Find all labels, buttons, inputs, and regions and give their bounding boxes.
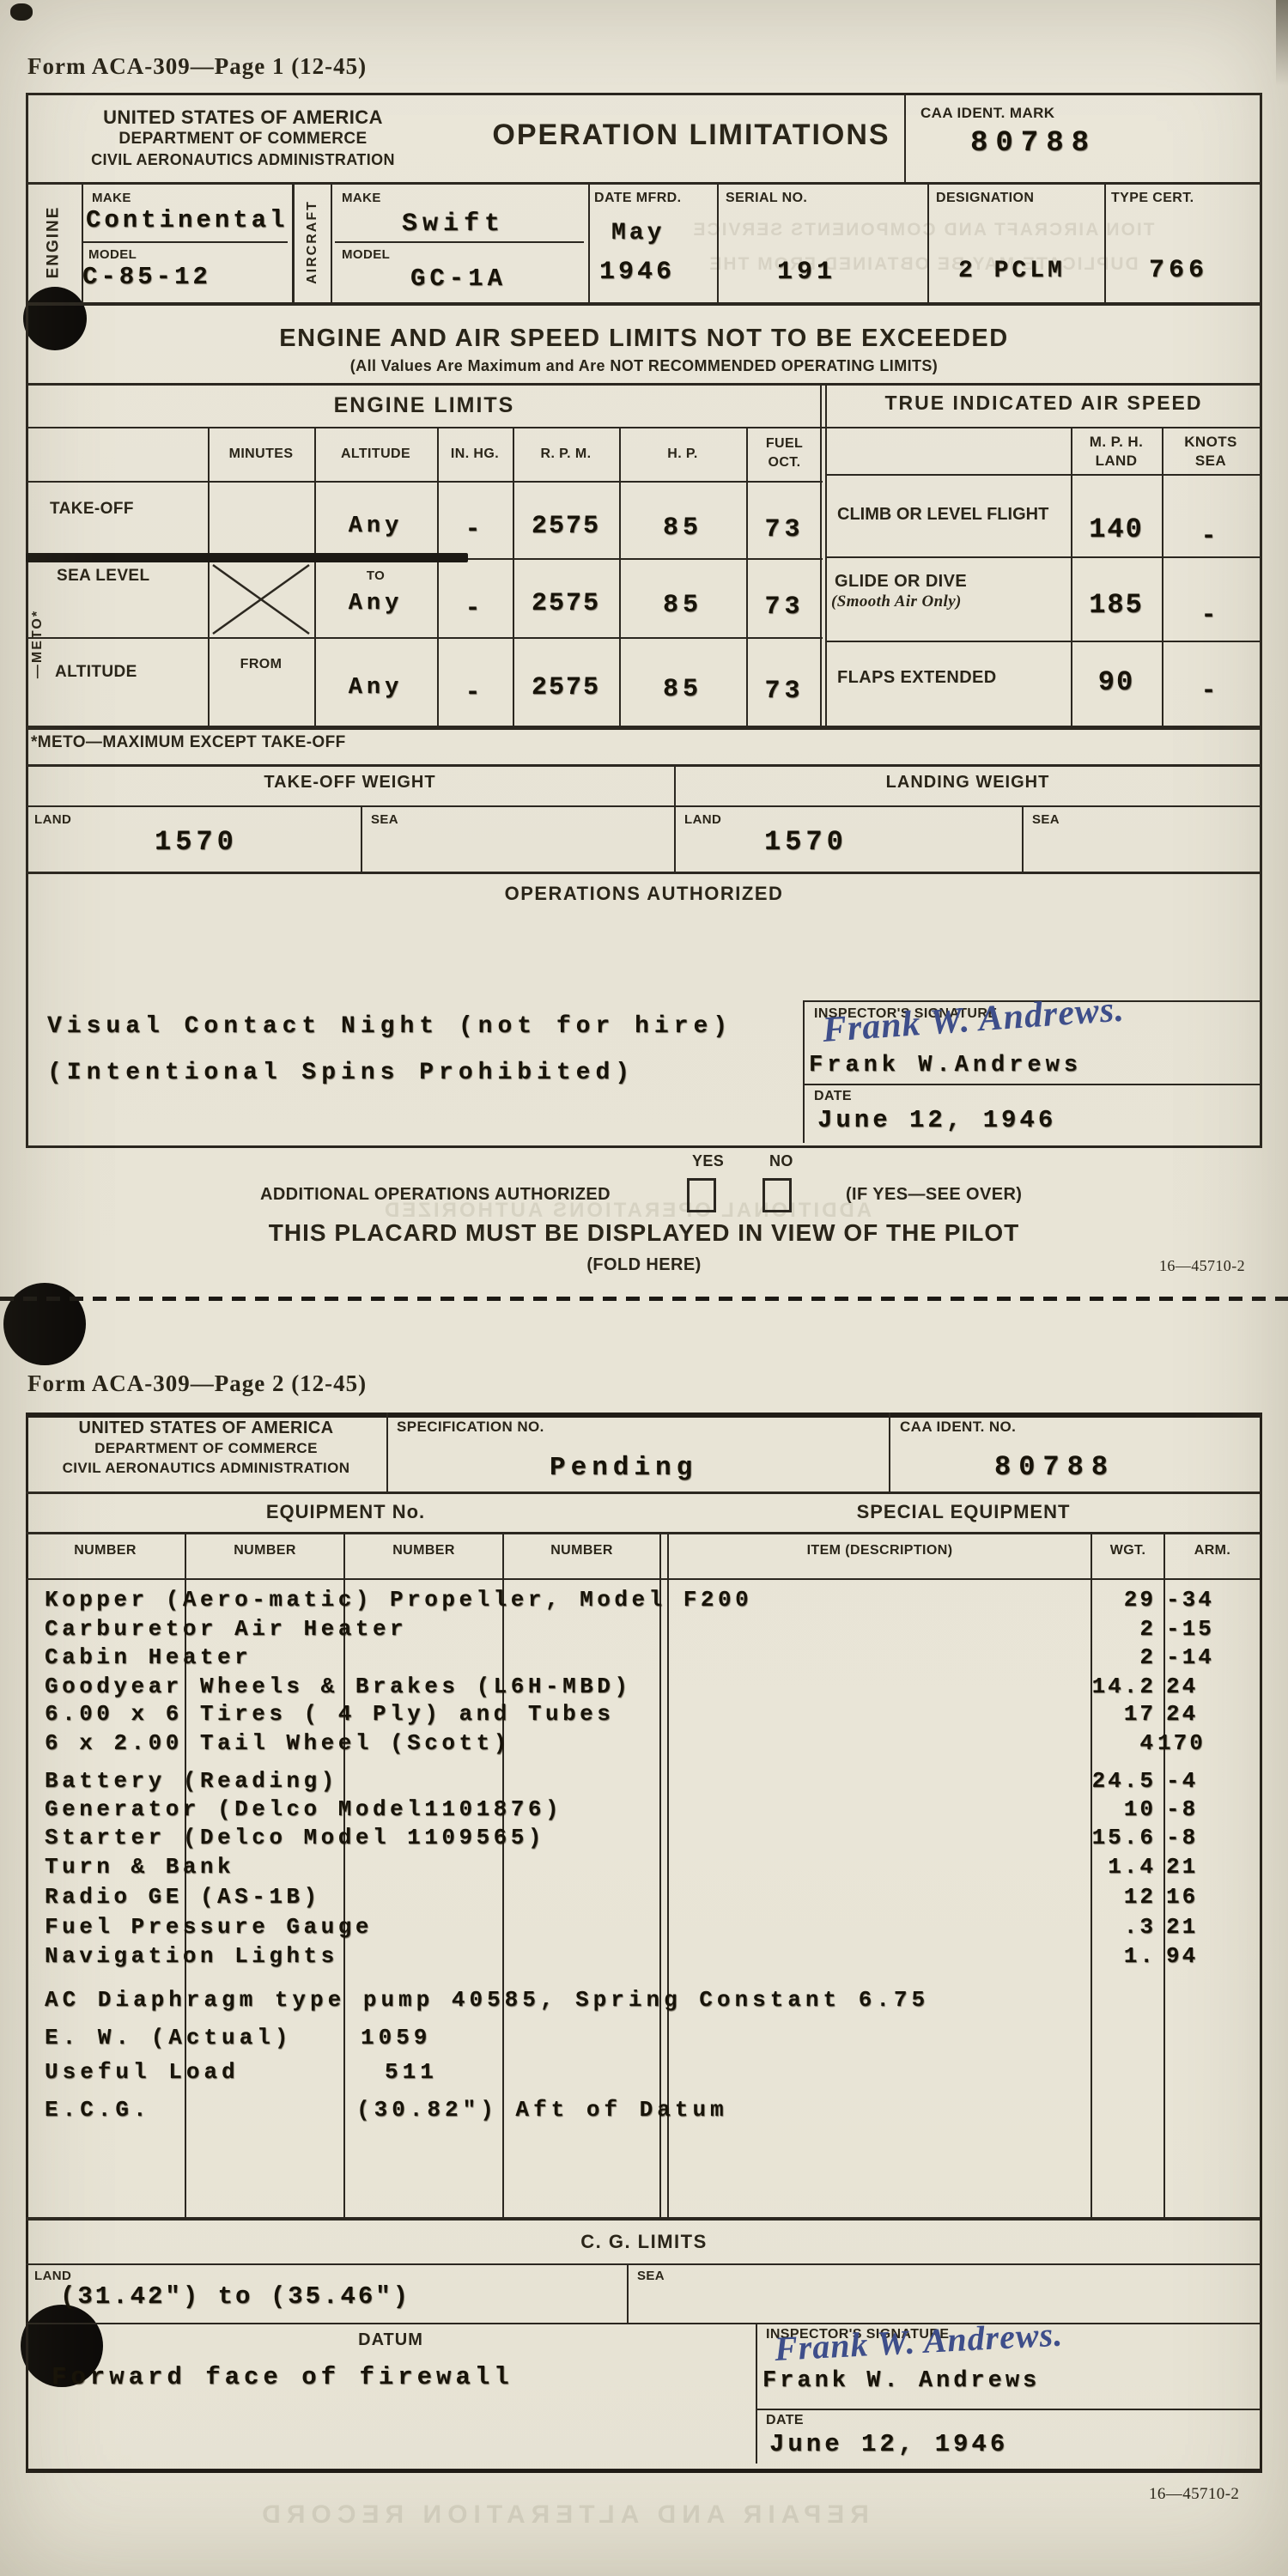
col-oct: OCT. [746, 455, 823, 471]
divider-line [26, 872, 1260, 874]
divider-line [26, 637, 823, 639]
equipment-arm: 21 [1166, 1854, 1198, 1880]
air-speed-header: TRUE INDICATED AIR SPEED [827, 392, 1261, 415]
takeoff-sea-label: SEA [371, 812, 398, 827]
divider-line [717, 182, 719, 302]
col-mph-line1: M. P. H. [1071, 434, 1162, 451]
col-in-hg: IN. HG. [437, 447, 513, 462]
meto-side-label: —METO* [30, 562, 51, 726]
print-code: 16—45710-2 [1149, 2485, 1239, 2504]
equipment-arm: 94 [1166, 1943, 1198, 1969]
aircraft-make-value: Swift [402, 210, 505, 239]
divider-line [827, 641, 1260, 642]
date-value: June 12, 1946 [817, 1106, 1056, 1134]
specification-no-value: Pending [550, 1453, 697, 1483]
inspector-typed-name: Frank W.Andrews [809, 1053, 1082, 1078]
climb-mph: 140 [1071, 513, 1162, 545]
agency-department: DEPARTMENT OF COMMERCE [34, 1440, 378, 1457]
note-line: AC Diaphragm type pump 40585, Spring Con… [45, 1987, 929, 2013]
col-rpm: R. P. M. [513, 447, 619, 462]
caa-ident-mark-label: CAA IDENT. MARK [920, 105, 1054, 122]
altitude-altitude: Any [314, 675, 437, 701]
takeoff-altitude: Any [314, 513, 437, 539]
divider-line [335, 241, 584, 243]
agency-name: UNITED STATES OF AMERICA [34, 1419, 378, 1438]
limits-title: ENGINE AND AIR SPEED LIMITS NOT TO BE EX… [26, 325, 1262, 353]
agency-name: UNITED STATES OF AMERICA [41, 106, 445, 129]
date-mfrd-year: 1946 [599, 258, 675, 287]
divider-line [927, 182, 929, 302]
designation-label: DESIGNATION [936, 191, 1034, 206]
flaps-knots: - [1162, 677, 1260, 706]
caa-ident-no-value: 80788 [994, 1451, 1115, 1483]
bleedthrough-text: REPAIR AND ALTERATION RECORD [155, 2500, 970, 2530]
divider-line [26, 1532, 1260, 1534]
row-takeoff-label: TAKE-OFF [50, 500, 134, 519]
designation-value: 2 PCLM [958, 258, 1066, 284]
arm-col-label: ARM. [1165, 1543, 1260, 1558]
equipment-item: Generator (Delco Model1101876) [45, 1796, 562, 1822]
equipment-arm: -8 [1166, 1796, 1198, 1822]
divider-line [756, 2323, 757, 2464]
divider-line [803, 1084, 1260, 1085]
equipment-wgt: 2 [987, 1644, 1156, 1670]
row-sea-level-label: SEA LEVEL [57, 567, 149, 586]
glide-label: GLIDE OR DIVE [835, 572, 967, 592]
item-col-label: ITEM (DESCRIPTION) [669, 1543, 1091, 1558]
scan-artifact [10, 3, 33, 21]
divider-line [26, 1492, 1260, 1494]
landing-weight-header: LANDING WEIGHT [676, 773, 1260, 793]
equipment-wgt: 10 [987, 1796, 1156, 1822]
note-value: 1059 [361, 2025, 431, 2050]
cg-land-label: LAND [34, 2269, 71, 2283]
no-label: NO [769, 1152, 793, 1170]
col-altitude: ALTITUDE [314, 447, 437, 462]
number-col-4: NUMBER [504, 1543, 659, 1558]
number-col-3: NUMBER [345, 1543, 502, 1558]
equipment-wgt: 4 [987, 1730, 1156, 1756]
datum-header: DATUM [26, 2330, 756, 2350]
date-mfrd-label: DATE MFRD. [594, 191, 681, 206]
divider-line [26, 764, 1260, 767]
col-hp: H. P. [619, 447, 746, 462]
landing-land-label: LAND [684, 812, 721, 827]
equipment-item: Turn & Bank [45, 1854, 234, 1880]
equipment-arm: 24 [1166, 1701, 1198, 1727]
col-minutes: MINUTES [208, 447, 314, 462]
equipment-item: Navigation Lights [45, 1943, 338, 1969]
number-col-1: NUMBER [26, 1543, 185, 1558]
divider-line [904, 93, 906, 182]
caa-ident-no-label: CAA IDENT. NO. [900, 1419, 1016, 1436]
takeoff-in-hg: - [437, 515, 513, 544]
equipment-wgt: 29 [987, 1587, 1156, 1613]
divider-line [26, 383, 1260, 386]
divider-line [26, 182, 1260, 185]
takeoff-fuel: 73 [746, 515, 823, 544]
aircraft-model-label: MODEL [342, 247, 390, 262]
equipment-wgt: 14.2 [987, 1674, 1156, 1699]
sea-level-altitude: Any [314, 591, 437, 617]
climb-knots: - [1162, 522, 1260, 551]
agency-department: DEPARTMENT OF COMMERCE [41, 130, 445, 149]
yes-checkbox [687, 1178, 716, 1212]
equipment-arm: 16 [1166, 1884, 1198, 1910]
divider-line [208, 427, 210, 726]
special-equipment-header: SPECIAL EQUIPMENT [667, 1501, 1260, 1523]
equipment-item: Carburetor Air Heater [45, 1616, 407, 1642]
aircraft-make-label: MAKE [342, 191, 381, 205]
sea-level-fuel: 73 [746, 592, 823, 622]
specification-no-label: SPECIFICATION NO. [397, 1419, 544, 1436]
row-altitude-label: ALTITUDE [55, 663, 137, 682]
aircraft-section-label: AIRCRAFT [292, 182, 332, 302]
glide-knots: - [1162, 601, 1260, 630]
equipment-arm: -34 [1166, 1587, 1214, 1613]
scan-artifact [1276, 0, 1288, 86]
takeoff-rpm: 2575 [513, 512, 619, 541]
date-mfrd-month: May [611, 220, 665, 246]
note-label: E.C.G. [45, 2097, 151, 2123]
equipment-arm: 24 [1166, 1674, 1198, 1699]
equipment-item: 6.00 x 6 Tires ( 4 Ply) and Tubes [45, 1701, 614, 1727]
note-value: (30.82") Aft of Datum [356, 2097, 728, 2123]
divider-line [889, 1413, 890, 1492]
aircraft-model-value: GC-1A [410, 264, 507, 293]
number-col-2: NUMBER [186, 1543, 343, 1558]
punch-hole [3, 1283, 86, 1365]
sea-level-to-label: TO [314, 568, 437, 583]
divider-line [588, 182, 590, 302]
cg-limits-header: C. G. LIMITS [26, 2231, 1262, 2253]
cg-land-value: (31.42") to (35.46") [60, 2282, 410, 2311]
engine-model-value: C-85-12 [82, 263, 211, 291]
type-cert-label: TYPE CERT. [1111, 191, 1194, 206]
col-fuel: FUEL [746, 436, 823, 452]
divider-line [1022, 805, 1024, 872]
divider-line [26, 302, 1260, 306]
altitude-hp: 85 [619, 675, 746, 704]
equipment-item: 6 x 2.00 Tail Wheel (Scott) [45, 1730, 511, 1756]
divider-line [827, 474, 1260, 476]
equipment-item: Goodyear Wheels & Brakes (L6H-MBD) [45, 1674, 632, 1699]
agency-administration: CIVIL AERONAUTICS ADMINISTRATION [41, 151, 445, 169]
climb-label: CLIMB OR LEVEL FLIGHT [837, 505, 1048, 525]
sea-level-in-hg: - [437, 594, 513, 623]
equipment-item: Battery (Reading) [45, 1768, 338, 1794]
divider-line [803, 1000, 805, 1143]
landing-land-value: 1570 [764, 826, 848, 858]
col-knots-line2: SEA [1162, 453, 1260, 470]
altitude-in-hg: - [437, 678, 513, 708]
altitude-rpm: 2575 [513, 673, 619, 702]
engine-section-label: ENGINE [26, 182, 82, 302]
type-cert-value: 766 [1149, 256, 1208, 285]
meto-note: *METO—MAXIMUM EXCEPT TAKE-OFF [31, 733, 346, 752]
takeoff-land-value: 1570 [155, 826, 238, 858]
date-label: DATE [814, 1089, 852, 1104]
equipment-arm: -8 [1166, 1825, 1198, 1850]
operations-line2: (Intentional Spins Prohibited) [47, 1060, 635, 1086]
print-code: 16—45710-2 [1159, 1257, 1245, 1275]
takeoff-hp: 85 [619, 513, 746, 543]
equipment-wgt: 1. [987, 1943, 1156, 1969]
equipment-wgt: 17 [987, 1701, 1156, 1727]
equipment-arm: 21 [1166, 1914, 1198, 1940]
date-value: June 12, 1946 [769, 2430, 1008, 2458]
form-number-label: Form ACA-309—Page 2 (12-45) [27, 1370, 367, 1397]
wgt-col-label: WGT. [1092, 1543, 1163, 1558]
no-checkbox [762, 1178, 792, 1212]
ink-smudge-bar [26, 553, 468, 562]
equipment-item: Kopper (Aero-matic) Propeller, Model F20… [45, 1587, 752, 1613]
col-mph-line2: LAND [1071, 453, 1162, 470]
divider-line [26, 2323, 1260, 2324]
divider-line [26, 2217, 1260, 2221]
equipment-wgt: 2 [987, 1616, 1156, 1642]
divider-line [26, 726, 1260, 730]
datum-value: Forward face of firewall [52, 2363, 513, 2391]
operations-line1: Visual Contact Night (not for hire) [47, 1013, 732, 1040]
scanned-form-sheet: TION AIRCRAFT AND COMPONENTS SERVICE DUP… [0, 0, 1288, 2576]
equipment-wgt: 12 [987, 1884, 1156, 1910]
equipment-arm: 170 [1157, 1730, 1206, 1756]
cg-sea-label: SEA [637, 2269, 665, 2283]
divider-line [361, 805, 362, 872]
serial-no-value: 191 [777, 258, 836, 287]
divider-line [26, 805, 1260, 807]
flaps-mph: 90 [1071, 666, 1162, 698]
divider-line [1163, 1534, 1165, 2217]
divider-line [627, 2263, 629, 2324]
col-knots-line1: KNOTS [1162, 434, 1260, 451]
flaps-label: FLAPS EXTENDED [837, 668, 997, 688]
divider-line [827, 556, 1260, 558]
landing-sea-label: SEA [1032, 812, 1060, 827]
divider-line [26, 1578, 1260, 1580]
equipment-wgt: 24.5 [987, 1768, 1156, 1794]
yes-label: YES [692, 1152, 724, 1170]
divider-line [756, 2409, 1260, 2410]
equipment-arm: -4 [1166, 1768, 1198, 1794]
note-label: E. W. (Actual) [45, 2025, 292, 2050]
if-yes-note: (IF YES—SEE OVER) [846, 1185, 1022, 1205]
operations-header: OPERATIONS AUTHORIZED [26, 883, 1262, 905]
divider-line [82, 241, 288, 243]
agency-administration: CIVIL AERONAUTICS ADMINISTRATION [34, 1460, 378, 1477]
serial-no-label: SERIAL NO. [726, 191, 807, 206]
engine-model-label: MODEL [88, 247, 137, 262]
engine-make-value: Continental [86, 206, 288, 234]
divider-line [26, 2263, 1260, 2265]
inspector-typed-name: Frank W. Andrews [762, 2368, 1040, 2394]
equipment-no-header: EQUIPMENT No. [26, 1501, 665, 1523]
crossed-out-mark [211, 563, 311, 635]
equipment-wgt: 1.4 [987, 1854, 1156, 1880]
equipment-item: Fuel Pressure Gauge [45, 1914, 373, 1940]
limits-subtitle: (All Values Are Maximum and Are NOT RECO… [26, 357, 1262, 375]
glide-sublabel: (Smooth Air Only) [831, 592, 962, 611]
equipment-arm: -14 [1166, 1644, 1214, 1670]
placard-note: THIS PLACARD MUST BE DISPLAYED IN VIEW O… [26, 1219, 1262, 1247]
equipment-item: Starter (Delco Model 1109565) [45, 1825, 545, 1850]
fold-note: (FOLD HERE) [26, 1255, 1262, 1275]
divider-line [26, 481, 823, 483]
caa-ident-mark-value: 80788 [970, 127, 1097, 160]
page-title: OPERATION LIMITATIONS [481, 118, 902, 152]
engine-make-label: MAKE [92, 191, 131, 205]
divider-line [386, 1413, 388, 1492]
takeoff-land-label: LAND [34, 812, 71, 827]
sea-level-hp: 85 [619, 591, 746, 620]
divider-line [26, 427, 1260, 428]
form-number-label: Form ACA-309—Page 1 (12-45) [27, 53, 367, 80]
altitude-from-label: FROM [208, 657, 314, 672]
equipment-wgt: .3 [987, 1914, 1156, 1940]
altitude-fuel: 73 [746, 677, 823, 706]
note-label: Useful Load [45, 2059, 240, 2085]
divider-line [1104, 182, 1106, 302]
equipment-wgt: 15.6 [987, 1825, 1156, 1850]
engine-limits-header: ENGINE LIMITS [26, 393, 823, 418]
sea-level-rpm: 2575 [513, 589, 619, 618]
equipment-item: Cabin Heater [45, 1644, 252, 1670]
equipment-arm: -15 [1166, 1616, 1214, 1642]
glide-mph: 185 [1071, 589, 1162, 621]
date-label: DATE [766, 2413, 804, 2428]
note-value: 511 [385, 2059, 438, 2085]
equipment-item: Radio GE (AS-1B) [45, 1884, 321, 1910]
fold-dashed-line [0, 1297, 1288, 1301]
takeoff-weight-header: TAKE-OFF WEIGHT [26, 773, 674, 793]
additional-operations-label: ADDITIONAL OPERATIONS AUTHORIZED [260, 1185, 611, 1205]
